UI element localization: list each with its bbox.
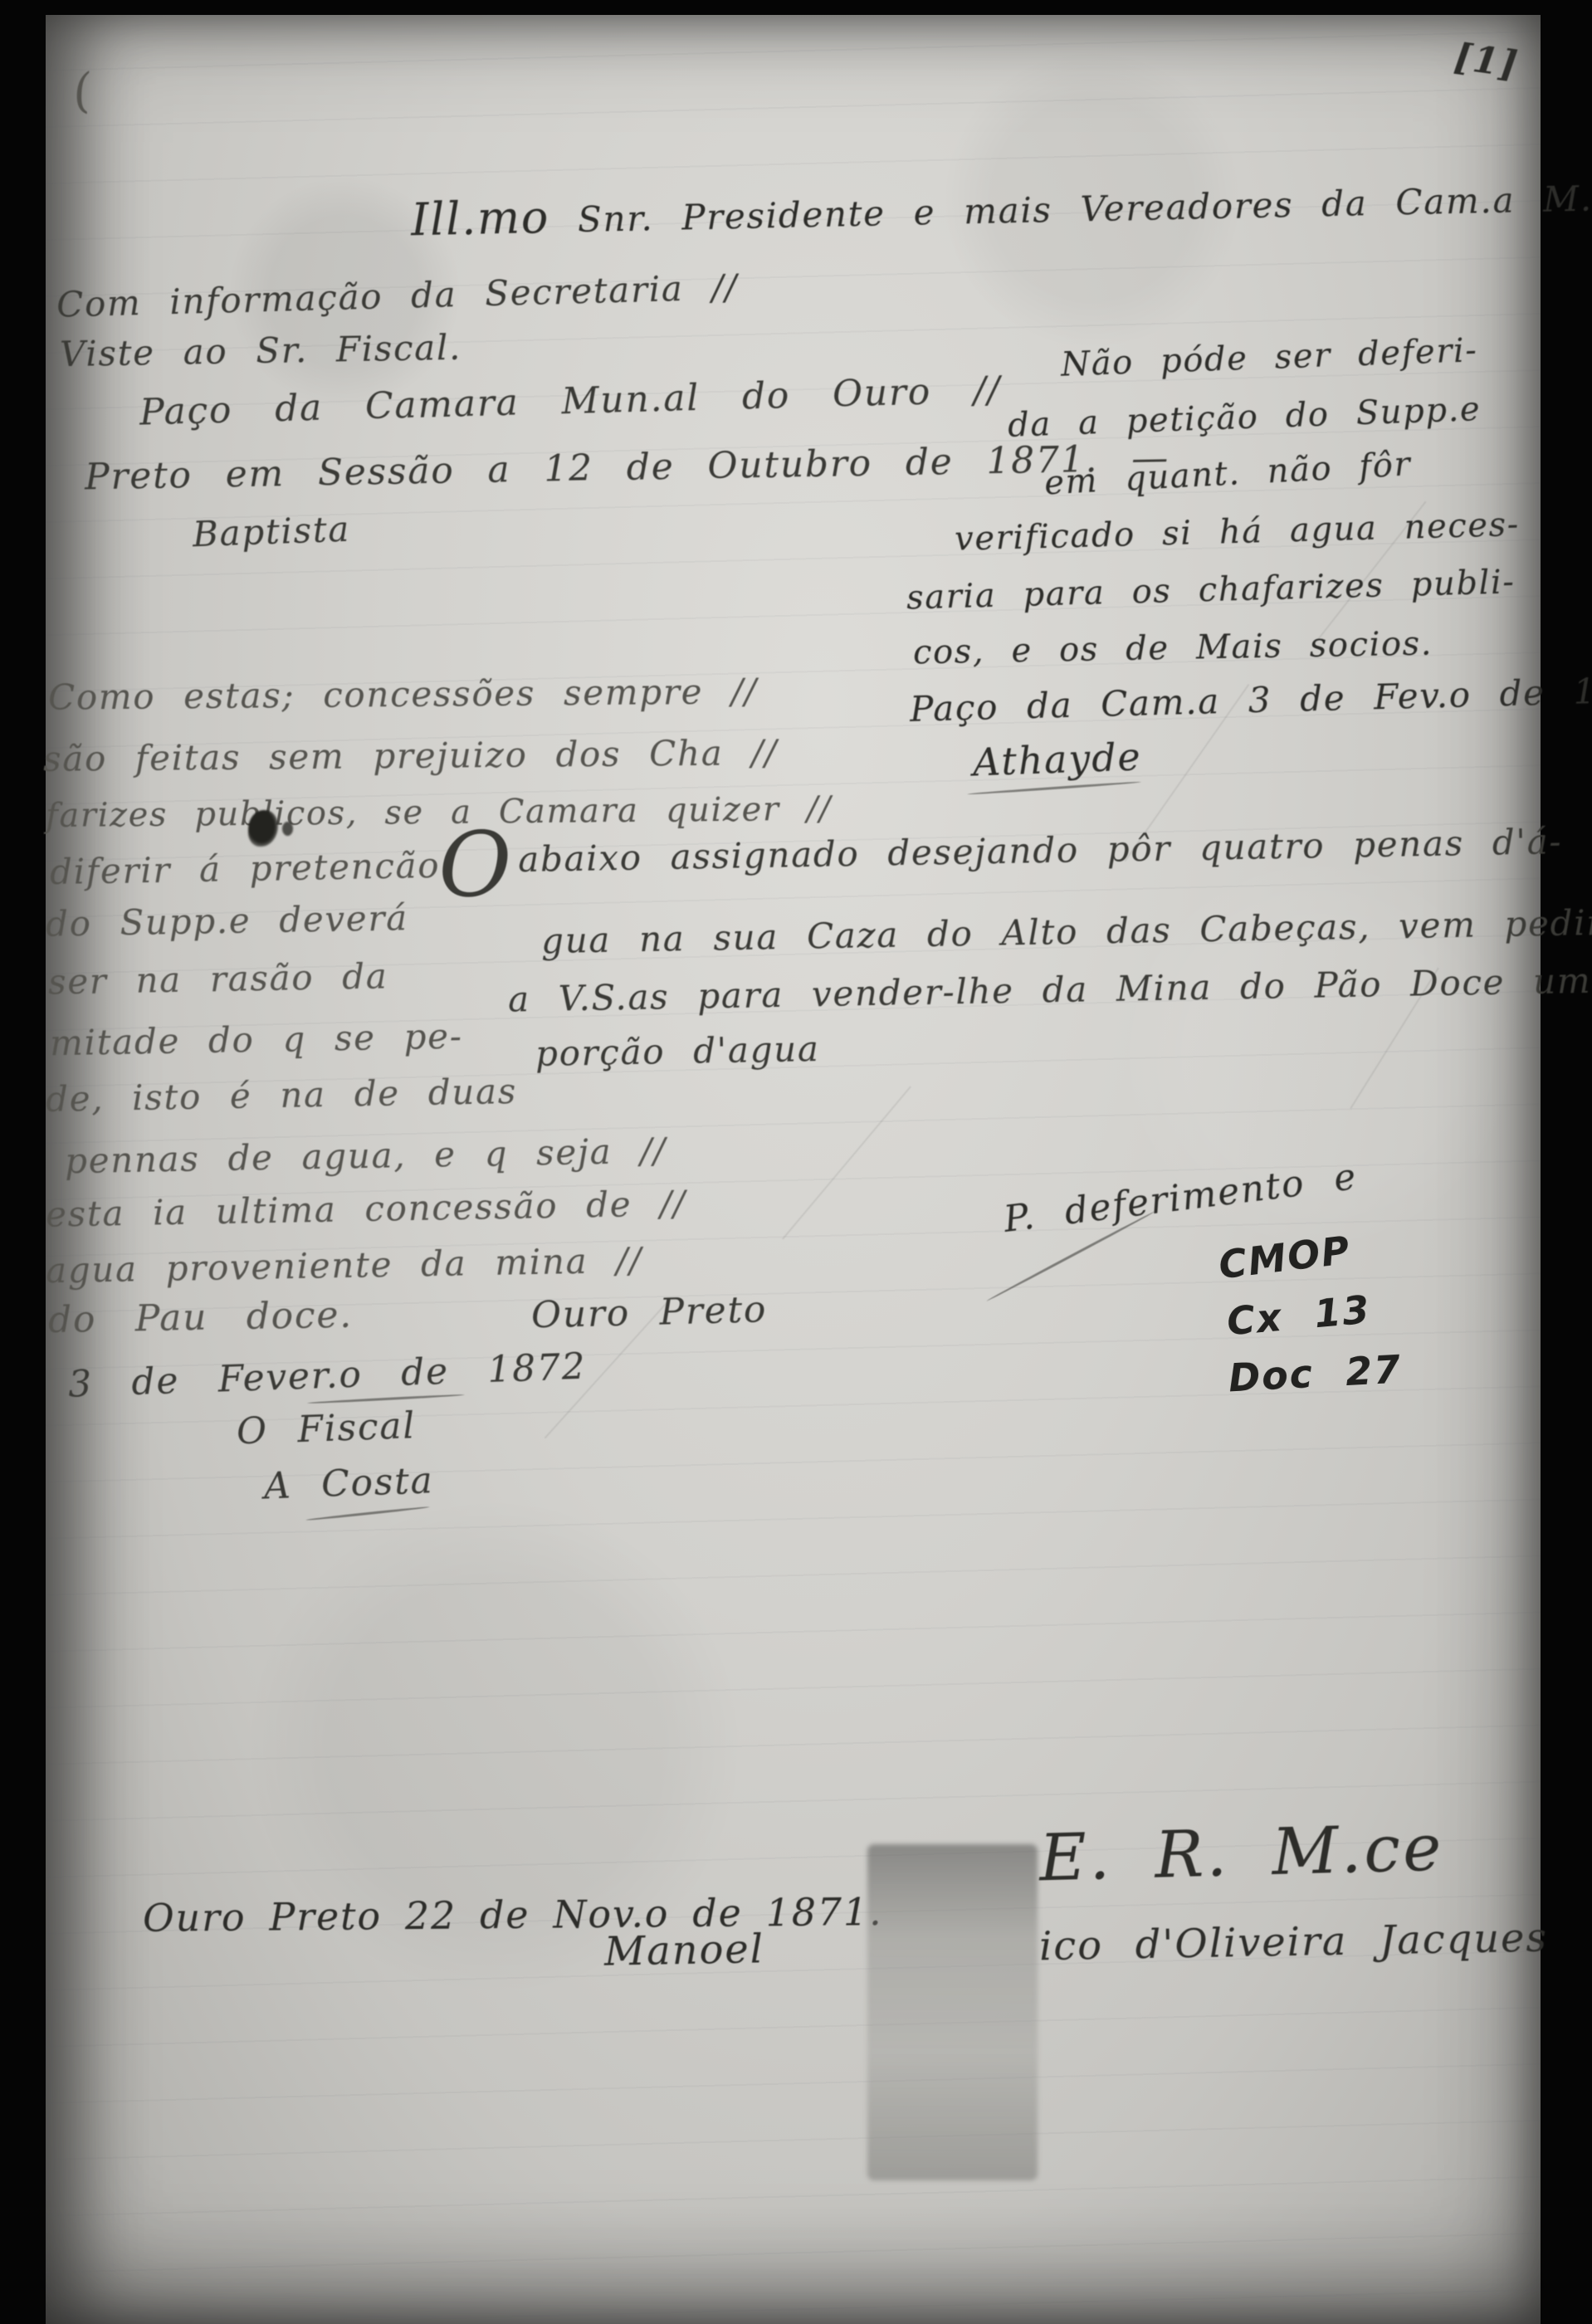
closing-place-date: Ouro Preto 22 de Nov.o de 1871. [143, 1889, 883, 1941]
page-number-mark: [1] [1452, 36, 1521, 86]
fiscal-signature: A Costa [263, 1459, 434, 1507]
fiscal-line: de, isto é na de duas [46, 1071, 518, 1120]
fiscal-line: são feitas sem prejuizo dos Cha // [43, 732, 778, 779]
petition-line: porção d'agua [535, 1028, 820, 1074]
fiscal-line: Como estas; concessões sempre // [48, 671, 758, 717]
salutation-prefix: Ill.mo [411, 191, 550, 246]
ink-dot [282, 822, 293, 836]
secretaria-signature: Baptista [192, 509, 351, 555]
courtesy-formula: E. R. M.ce [1038, 1811, 1445, 1897]
fiscal-line: diferir á pretencão [50, 845, 441, 892]
archive-stamp-doc: Doc 27 [1228, 1347, 1403, 1401]
despatch-signature: Athayde [972, 734, 1142, 784]
petition-place: Ouro Preto [530, 1288, 767, 1336]
closing-signature-last: ico d'Oliveira Jacques [1039, 1915, 1549, 1970]
fiscal-line: do Pau doce. [48, 1294, 354, 1341]
fiscal-line: ser na rasão da [48, 955, 388, 1002]
closing-signature-first: Manoel [604, 1926, 765, 1975]
fiscal-line: mitade do q se pe- [50, 1016, 463, 1064]
fiscal-line: do Supp.e deverá [46, 897, 409, 945]
petition-initial: O [437, 813, 514, 918]
scanned-manuscript-page: ( [1] Ill.mo Snr. Presidente e mais Vere… [0, 0, 1592, 2324]
secretaria-line: Viste ao Sr. Fiscal. [60, 327, 462, 374]
faded-stamp-stain [867, 1844, 1038, 2180]
fiscal-title: O Fiscal [236, 1404, 417, 1453]
